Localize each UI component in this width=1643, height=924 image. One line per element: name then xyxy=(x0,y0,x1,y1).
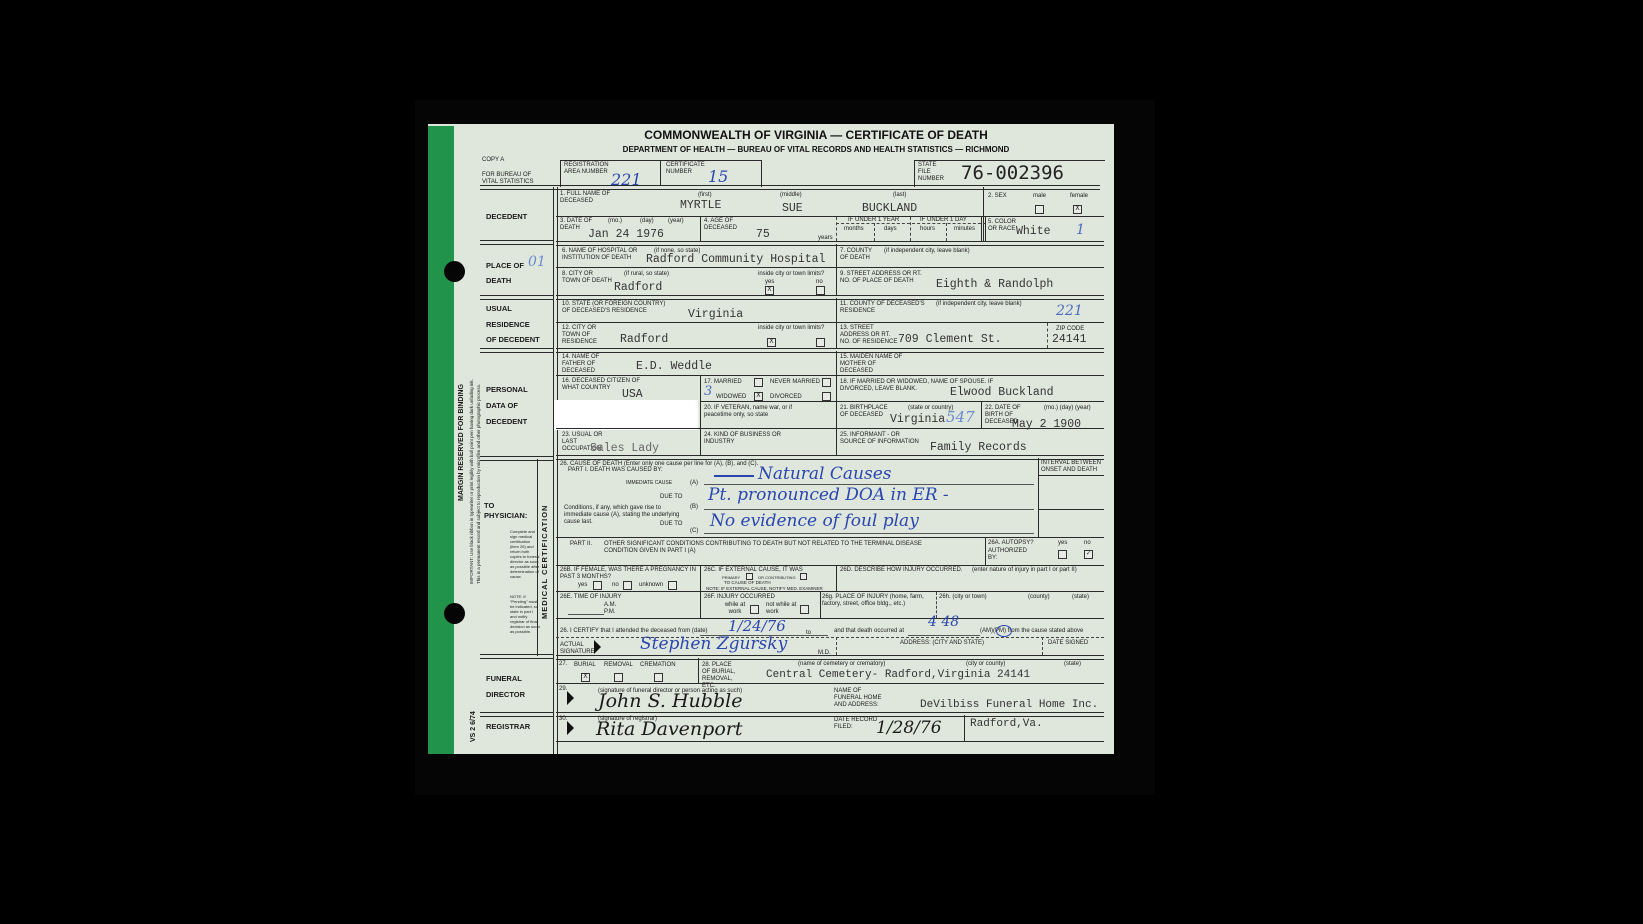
section-decedent: DECEDENT xyxy=(486,212,527,221)
county-code: 221 xyxy=(1056,303,1083,319)
field-label: no xyxy=(1084,540,1091,547)
state-file-label: STATE FILE NUMBER xyxy=(918,162,948,183)
field-label: (county) xyxy=(1028,594,1050,601)
field-label: AUTHORIZED BY: xyxy=(988,548,1028,562)
margin-important-text: IMPORTANT: Use black ribbon in typewrite… xyxy=(468,379,475,584)
father-name: E.D. Weddle xyxy=(636,360,712,373)
pregnancy-yes-checkbox[interactable] xyxy=(593,581,602,590)
field-label: A.M. xyxy=(604,602,616,609)
field-label: (city or county) xyxy=(966,661,1005,668)
field-label: inside city or town limits? xyxy=(758,325,824,332)
field-label: no xyxy=(816,279,823,286)
birthplace-code: 547 xyxy=(946,408,975,426)
redacted-area xyxy=(554,400,698,430)
field-label: DATE SIGNED xyxy=(1048,640,1088,647)
medical-certification-label: MEDICAL CERTIFICATION xyxy=(540,505,549,619)
removal-checkbox[interactable] xyxy=(614,673,623,682)
field-label: DUE TO xyxy=(660,521,682,528)
death-inside-limits-no-checkbox[interactable] xyxy=(816,286,825,295)
field-label: yes xyxy=(1058,540,1067,547)
city-of-death: Radford xyxy=(614,281,662,294)
state-of-residence: Virginia xyxy=(688,308,743,321)
field-label: and that death occurred at xyxy=(834,628,904,635)
field-label: (B) xyxy=(690,504,698,511)
section-usual-residence: USUAL xyxy=(486,304,512,313)
field-label: 8. CITY OR TOWN OF DEATH xyxy=(562,271,612,285)
funeral-director-signature: John S. Hubble xyxy=(598,690,742,712)
field-label: PART II. xyxy=(570,541,592,548)
pregnancy-unknown-checkbox[interactable] xyxy=(668,581,677,590)
spouse-name: Elwood Buckland xyxy=(950,386,1054,399)
place-code: 01 xyxy=(528,254,546,270)
field-label: DUE TO xyxy=(660,494,682,501)
field-label: no xyxy=(612,582,619,589)
street-of-residence: 709 Clement St. xyxy=(898,333,1002,346)
field-label: WIDOWED xyxy=(716,394,746,401)
burial-checkbox[interactable]: X xyxy=(581,673,590,682)
certificate-number-value: 15 xyxy=(708,167,728,186)
middle-name: SUE xyxy=(782,202,803,215)
field-label: days xyxy=(884,226,897,233)
death-certificate: COMMONWEALTH OF VIRGINIA — CERTIFICATE O… xyxy=(428,124,1114,754)
cause-c: No evidence of foul play xyxy=(710,511,919,531)
field-label: unknown xyxy=(639,582,663,589)
sex-female-checkbox[interactable]: X xyxy=(1073,205,1082,214)
field-label: (if independent city, leave blank) xyxy=(936,301,1022,308)
cremation-checkbox[interactable] xyxy=(654,673,663,682)
field-label: (C) xyxy=(690,528,698,535)
section-label: PHYSICIAN: xyxy=(484,511,527,520)
certificate-subtitle: DEPARTMENT OF HEALTH — BUREAU OF VITAL R… xyxy=(428,145,1114,154)
field-label: 26d. DESCRIBE HOW INJURY OCCURRED. xyxy=(840,567,962,574)
field-label: (enter nature of injury in part I or par… xyxy=(972,567,1077,574)
date-filed: 1/28/76 xyxy=(876,718,942,738)
pending-note: NOTE: If "Pending" must be indicated, so… xyxy=(510,594,540,634)
signature-arrow-icon xyxy=(567,691,574,705)
zip-code: 24141 xyxy=(1052,333,1087,346)
pm-circle xyxy=(996,625,1012,637)
birthplace: Virginia xyxy=(890,413,945,426)
field-label: (first) xyxy=(698,192,712,199)
date-of-death: Jan 24 1976 xyxy=(588,228,664,241)
divorced-checkbox[interactable] xyxy=(822,392,831,401)
field-label: 15. MAIDEN NAME OF MOTHER OF DECEASED xyxy=(840,354,910,375)
binding-stripe xyxy=(428,126,454,754)
attended-from-date: 1/24/76 xyxy=(728,617,786,635)
funeral-home: DeVilbiss Funeral Home Inc. xyxy=(920,699,1098,711)
field-label: (state) xyxy=(1064,661,1081,668)
contributing-checkbox[interactable] xyxy=(800,573,807,580)
race-code: 1 xyxy=(1076,222,1085,238)
field-label: hours xyxy=(920,226,935,233)
time-of-death: 4 48 xyxy=(928,614,959,630)
field-label: INTERVAL BETWEEN ONSET AND DEATH xyxy=(1041,460,1103,474)
field-label: 10. STATE (OR FOREIGN COUNTRY) OF DECEAS… xyxy=(562,301,672,315)
not-at-work-checkbox[interactable] xyxy=(800,605,809,614)
field-label: 2. SEX xyxy=(988,193,1007,200)
physician-signature: Stephen Zgursky xyxy=(640,634,787,654)
field-label: 6. NAME OF HOSPITAL OR INSTITUTION OF DE… xyxy=(562,248,646,262)
field-label: inside city or town limits? xyxy=(758,271,824,278)
city-of-residence: Radford xyxy=(620,333,668,346)
copy-label: FOR BUREAU OF xyxy=(482,172,531,179)
death-inside-limits-yes-checkbox[interactable]: X xyxy=(765,286,774,295)
field-label: while at work xyxy=(722,602,748,616)
punch-hole xyxy=(444,261,465,282)
field-label: 7. COUNTY OF DEATH xyxy=(840,248,880,262)
field-label: NEVER MARRIED xyxy=(770,379,820,386)
while-at-work-checkbox[interactable] xyxy=(750,605,759,614)
field-label: ADDRESS: (CITY AND STATE) xyxy=(900,640,984,647)
field-label: (last) xyxy=(893,192,906,199)
field-label: 27. xyxy=(559,661,567,668)
field-label: 21. BIRTHPLACE OF DECEASED xyxy=(840,405,890,419)
field-label: PART I. DEATH WAS CAUSED BY: xyxy=(568,467,663,474)
field-label: 13. STREET ADDRESS OR RT. NO. OF RESIDEN… xyxy=(840,325,900,346)
section-label: DATA OF xyxy=(486,401,518,410)
field-label: 9. STREET ADDRESS OR RT. NO. OF PLACE OF… xyxy=(840,271,930,285)
sex-male-checkbox[interactable] xyxy=(1035,205,1044,214)
section-registrar: REGISTRAR xyxy=(486,722,530,731)
signature-arrow-icon xyxy=(567,721,574,735)
occupation: Sales Lady xyxy=(590,442,659,455)
marital-code: 3 xyxy=(704,384,712,399)
strikethrough xyxy=(714,475,754,477)
punch-hole xyxy=(444,603,465,624)
field-label: P.M. xyxy=(604,609,616,616)
field-label: 1. FULL NAME OF DECEASED xyxy=(560,191,620,205)
field-label: 25. INFORMANT - OR SOURCE OF INFORMATION xyxy=(840,432,920,446)
field-label: (day) xyxy=(640,218,654,225)
field-label: (mo.) (day) (year) xyxy=(1044,405,1091,412)
field-label: BURIAL xyxy=(574,662,596,669)
field-label: female xyxy=(1070,193,1088,200)
section-label: DECEDENT xyxy=(486,417,527,426)
autopsy-no-checkbox[interactable]: ✓ xyxy=(1084,550,1093,559)
race: White xyxy=(1016,225,1051,238)
field-label: 4. AGE OF DECEASED xyxy=(704,218,744,232)
field-label: 11. COUNTY OF DECEASED'S RESIDENCE xyxy=(840,301,940,315)
field-label: (middle) xyxy=(780,192,802,199)
field-label: 26b. IF FEMALE, WAS THERE A PREGNANCY IN… xyxy=(560,567,700,581)
field-label: 26g. PLACE OF INJURY (home, farm, factor… xyxy=(822,594,942,608)
field-label: months xyxy=(844,226,864,233)
section-place-of-death: PLACE OF xyxy=(486,261,524,270)
field-label: ZIP CODE xyxy=(1056,326,1084,333)
section-label: DIRECTOR xyxy=(486,690,525,699)
field-label: yes xyxy=(765,279,774,286)
section-label: RESIDENCE xyxy=(486,320,530,329)
field-label: OTHER SIGNIFICANT CONDITIONS CONTRIBUTIN… xyxy=(604,541,924,555)
married-checkbox[interactable] xyxy=(754,378,763,387)
field-label: (if independent city, leave blank) xyxy=(884,248,970,255)
field-label: (year) xyxy=(668,218,684,225)
field-label: NAME OF FUNERAL HOME AND ADDRESS: xyxy=(834,688,884,709)
field-label: 5. COLOR OR RACE xyxy=(988,219,1018,233)
field-label: (if rural, so state) xyxy=(624,271,669,278)
field-label: 26c. IF EXTERNAL CAUSE, IT WAS xyxy=(704,567,803,574)
field-label: 26f. INJURY OCCURRED xyxy=(704,594,775,601)
field-label: CREMATION xyxy=(640,662,676,669)
field-label: (name of cemetery or crematory) xyxy=(798,661,885,668)
field-label: DIVORCED xyxy=(770,394,802,401)
autopsy-yes-checkbox[interactable] xyxy=(1058,550,1067,559)
date-of-birth: May 2 1900 xyxy=(1012,418,1081,431)
field-label: male xyxy=(1033,193,1046,200)
field-label: 26h. (city or town) xyxy=(939,594,987,601)
copy-label: COPY A xyxy=(482,157,504,164)
hospital-name: Radford Community Hospital xyxy=(646,253,825,266)
field-label: (A) xyxy=(690,480,698,487)
field-label: to xyxy=(806,630,811,637)
cause-b: Pt. pronounced DOA in ER - xyxy=(708,485,949,505)
field-label: 28. PLACE OF BURIAL, REMOVAL, ETC. xyxy=(702,662,740,690)
margin-important-text: This is a permanent record and subject t… xyxy=(475,384,482,584)
certificate-title: COMMONWEALTH OF VIRGINIA — CERTIFICATE O… xyxy=(428,128,1114,142)
field-label: 24. KIND OF BUSINESS OR INDUSTRY xyxy=(704,432,784,446)
physician-note: Complete and sign medical certification … xyxy=(510,529,540,579)
cause-a: Natural Causes xyxy=(758,464,892,484)
place-of-burial: Central Cemetery- Radford,Virginia 24141 xyxy=(766,669,1030,681)
registrar-signature: Rita Davenport xyxy=(596,718,742,740)
field-label: 14. NAME OF FATHER OF DECEASED xyxy=(562,354,622,375)
field-label: (mo.) xyxy=(608,218,622,225)
registrar-location: Radford,Va. xyxy=(970,718,1043,730)
section-to-physician: TO xyxy=(484,501,494,510)
section-label: DEATH xyxy=(486,276,511,285)
residence-inside-limits-yes-checkbox[interactable]: X xyxy=(767,338,776,347)
field-label: 12. CITY OR TOWN OF RESIDENCE xyxy=(562,325,608,346)
field-label: minutes xyxy=(954,226,975,233)
age: 75 xyxy=(756,228,770,241)
field-label: 20. IF VETERAN, name war, or if peacetim… xyxy=(704,405,814,419)
field-label: not while at work xyxy=(766,602,798,616)
section-personal-data: PERSONAL xyxy=(486,385,528,394)
field-label: (state) xyxy=(1072,594,1089,601)
street-of-death: Eighth & Randolph xyxy=(936,278,1053,291)
field-label: 26e. TIME OF INJURY xyxy=(560,594,621,601)
section-label: OF DECEDENT xyxy=(486,335,540,344)
widowed-checkbox[interactable]: X xyxy=(754,392,763,401)
field-label: REMOVAL xyxy=(604,662,633,669)
never-married-checkbox[interactable] xyxy=(822,378,831,387)
field-label: IMMEDIATE CAUSE xyxy=(626,480,672,487)
section-funeral-director: FUNERAL xyxy=(486,674,522,683)
informant: Family Records xyxy=(930,441,1027,454)
residence-inside-limits-no-checkbox[interactable] xyxy=(816,338,825,347)
last-name: BUCKLAND xyxy=(862,202,917,215)
pregnancy-no-checkbox[interactable] xyxy=(623,581,632,590)
field-label: 26a. AUTOPSY? xyxy=(988,540,1034,547)
margin-binding-text: MARGIN RESERVED FOR BINDING xyxy=(458,384,465,501)
field-label: yes xyxy=(578,582,587,589)
form-code: VS 2 6/74 xyxy=(470,711,477,742)
first-name: MYRTLE xyxy=(680,199,721,212)
signature-arrow-icon xyxy=(594,640,601,654)
state-file-number: 76-002396 xyxy=(961,162,1064,184)
